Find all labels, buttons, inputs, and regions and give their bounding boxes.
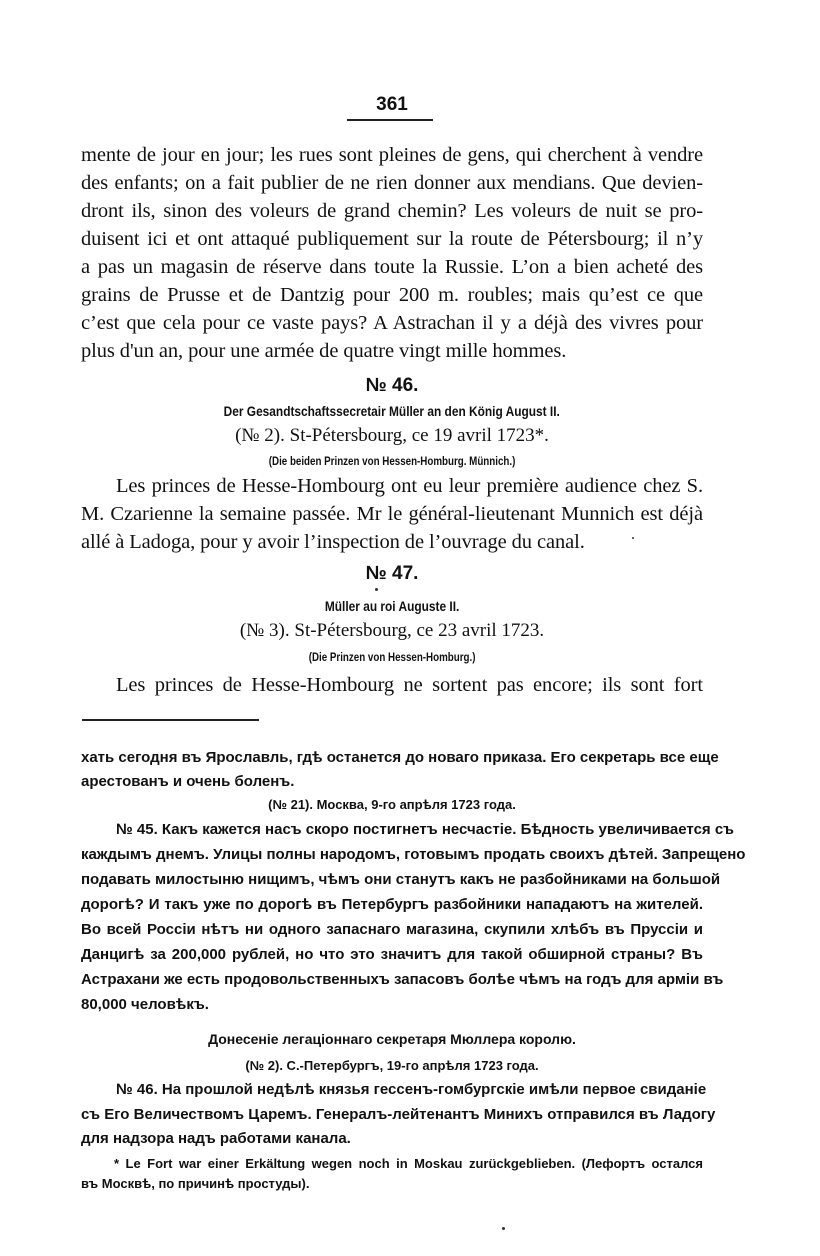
- ink-speck: [502, 1227, 505, 1230]
- text-line: dront ils, sinon des voleurs de grand ch…: [81, 197, 703, 225]
- text-line: grains de Prusse et de Dantzig pour 200 …: [81, 281, 703, 309]
- text-line: des enfants; on a fait publier de ne rie…: [81, 169, 703, 197]
- letter-note-wrap: (Die Prinzen von Hessen-Homburg.): [81, 648, 703, 666]
- text-line: allé à Ladoga, pour y avoir l’inspection…: [81, 528, 703, 556]
- letter-note: (Die beiden Prinzen von Hessen-Homburg. …: [269, 456, 516, 468]
- text-line: съ Его Величествомъ Царемъ. Генералъ-лей…: [81, 1103, 703, 1127]
- text-line: a pas un magasin de réserve dans toute l…: [81, 253, 703, 281]
- text-line: M. Czarienne la semaine passée. Mr le gé…: [81, 500, 703, 528]
- letter-dateline: (№ 3). St-Pétersbourg, ce 23 avril 1723.: [81, 620, 703, 642]
- letter-title-wrap: Der Gesandtschaftssecretair Müller an de…: [81, 403, 703, 421]
- text-line: plus d'un an, pour une armée de quatre v…: [81, 337, 703, 365]
- letter-title: Müller au roi Auguste II.: [325, 598, 459, 614]
- text-line: подавать милостыню нищимъ, чѣмъ они стан…: [81, 868, 703, 892]
- text-line: Les princes de Hesse-Hombourg ont eu leu…: [116, 472, 703, 500]
- text-line: арестованъ и очень боленъ.: [81, 770, 703, 794]
- letter-title: Der Gesandtschaftssecretair Müller an de…: [224, 403, 560, 419]
- text-line: 80,000 человѣкъ.: [81, 993, 703, 1017]
- text-line: № 46. На прошлой недѣлѣ князья гессенъ-г…: [116, 1078, 703, 1102]
- text-line: для надзора надъ работами канала.: [81, 1127, 703, 1151]
- letter-number: № 46.: [81, 375, 703, 397]
- text-line: Les princes de Hesse-Hombourg ne sortent…: [116, 671, 703, 699]
- text-line: хать сегодня въ Ярославль, гдѣ останется…: [81, 746, 703, 770]
- text-line: mente de jour en jour; les rues sont ple…: [81, 141, 703, 169]
- ink-speck: [375, 588, 378, 591]
- russian-letter-title: Донесеніе легаціоннаго секретаря Мюллера…: [81, 1031, 703, 1047]
- text-line: duisent ici et ont attaqué publiquement …: [81, 225, 703, 253]
- footnote-line: * Le Fort war einer Erkältung wegen noch…: [114, 1154, 703, 1174]
- page-number-rule: [347, 119, 433, 121]
- footnote-divider: [82, 719, 259, 721]
- text-line: Данцигѣ за 200,000 рублей, но что это зн…: [81, 943, 703, 967]
- letter-note-wrap: (Die beiden Prinzen von Hessen-Homburg. …: [81, 452, 703, 470]
- letter-number: № 47.: [81, 563, 703, 585]
- text-line: Астрахани же есть продовольственныхъ зап…: [81, 968, 703, 992]
- footnote-line: въ Москвѣ, по причинѣ простуды).: [81, 1174, 703, 1194]
- page-number: 361: [81, 94, 703, 116]
- ink-speck: [632, 537, 634, 539]
- russian-dateline: (№ 21). Москва, 9-го апрѣля 1723 года.: [81, 797, 703, 812]
- text-line: каждымъ днемъ. Улицы полны народомъ, гот…: [81, 843, 703, 867]
- text-line: дорогѣ? И такъ уже по дорогѣ въ Петербур…: [81, 893, 703, 917]
- text-line: № 45. Какъ кажется насъ скоро постигнетъ…: [116, 818, 703, 842]
- letter-title-wrap: Müller au roi Auguste II.: [81, 598, 703, 616]
- letter-dateline: (№ 2). St-Pétersbourg, ce 19 avril 1723*…: [81, 425, 703, 447]
- russian-dateline: (№ 2). С.-Петербургъ, 19-го апрѣля 1723 …: [81, 1058, 703, 1073]
- letter-note: (Die Prinzen von Hessen-Homburg.): [309, 652, 476, 664]
- text-line: c’est que cela pour ce vaste pays? A Ast…: [81, 309, 703, 337]
- text-line: Во всей Россіи нѣтъ ни одного запаснаго …: [81, 918, 703, 942]
